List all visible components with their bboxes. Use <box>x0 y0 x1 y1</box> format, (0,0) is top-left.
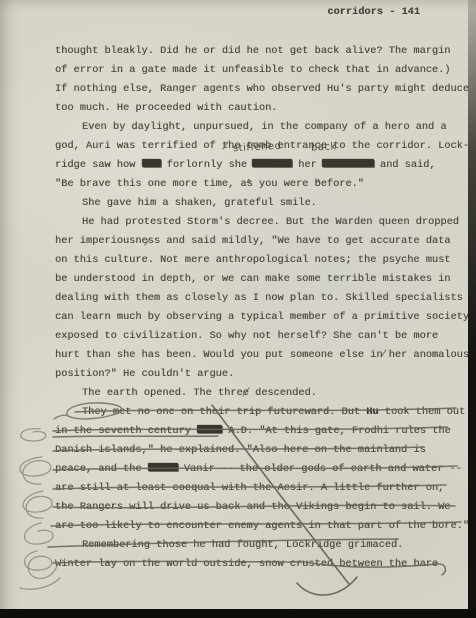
typescript-line: of error in a gate made it unfeasible to… <box>55 61 467 80</box>
typescript-line: ridge saw how forlornly shestiffened^ he… <box>55 156 467 175</box>
typed-strikeout-blot <box>142 159 161 167</box>
typescript-line: thought bleakly. Did he or did he not ge… <box>55 42 467 61</box>
typescript-line-struck: Winter lay on the world outside, snow cr… <box>55 555 467 574</box>
typescript-line-struck: Danish islands," he explained. "Also her… <box>55 441 467 460</box>
typescript-line-struck: They met no one on their trip futureward… <box>55 403 467 422</box>
page-right-edge <box>468 0 476 618</box>
typescript-line: be understood in depth, or we can make s… <box>55 270 467 289</box>
typescript-line: The earth opened. The three descended. <box>55 384 467 403</box>
overtyped-bold-word: Hu <box>366 406 378 418</box>
typescript-line-struck: are still at least coequal with the Aesi… <box>55 479 467 498</box>
typescript-line: She gave him a shaken, grateful smile. <box>55 194 467 213</box>
typescript-line-struck: the Rangers will drive us back and the V… <box>55 498 467 517</box>
typed-strikeout-blot <box>322 159 374 167</box>
typescript-line: position?" He couldn't argue. <box>55 365 467 384</box>
typescript-line: exposed to civilization. So why not hers… <box>55 327 467 346</box>
handwritten-insertion: back^ <box>317 166 322 167</box>
page-header: corridors - 141 <box>327 6 420 18</box>
page-bottom-edge <box>0 609 476 618</box>
typed-strikeout-blot <box>148 463 178 471</box>
typescript-line-struck: in the seventh century A.D. "At this gat… <box>55 422 467 441</box>
handwritten-insertion: stiffened^ <box>247 166 252 167</box>
typescript-line: He had protested Storm's decree. But the… <box>55 213 467 232</box>
typescript-line: "Be brave this one more time, as you wer… <box>55 175 467 194</box>
typescript-line-struck: peace, and the Vanir -- the older gods o… <box>55 460 467 479</box>
pencil-margin-scribbles <box>20 429 60 590</box>
typescript-line: on this culture. Not mere anthropologica… <box>55 251 467 270</box>
typescript-line-struck: are too likely to encounter enemy agents… <box>55 517 467 536</box>
typescript-line: Even by daylight, unpursued, in the comp… <box>55 118 467 137</box>
typescript-line-struck: Remembering those he had fought, Lockrid… <box>55 536 467 555</box>
typescript-line: too much. He proceeded with caution. <box>55 99 467 118</box>
typescript-line: dealing with them as closely as I now pl… <box>55 289 467 308</box>
typed-strikeout-blot <box>252 159 292 167</box>
typed-strikeout-blot <box>197 425 222 433</box>
typescript-line: If nothing else, Ranger agents who obser… <box>55 80 467 99</box>
typescript-line: her imperiousness and said mildly, "We h… <box>55 232 467 251</box>
typescript-line: can learn much by observing a typical me… <box>55 308 467 327</box>
typescript-body: thought bleakly. Did he or did he not ge… <box>55 42 467 574</box>
typescript-line: hurt than she has been. Would you put so… <box>55 346 467 365</box>
